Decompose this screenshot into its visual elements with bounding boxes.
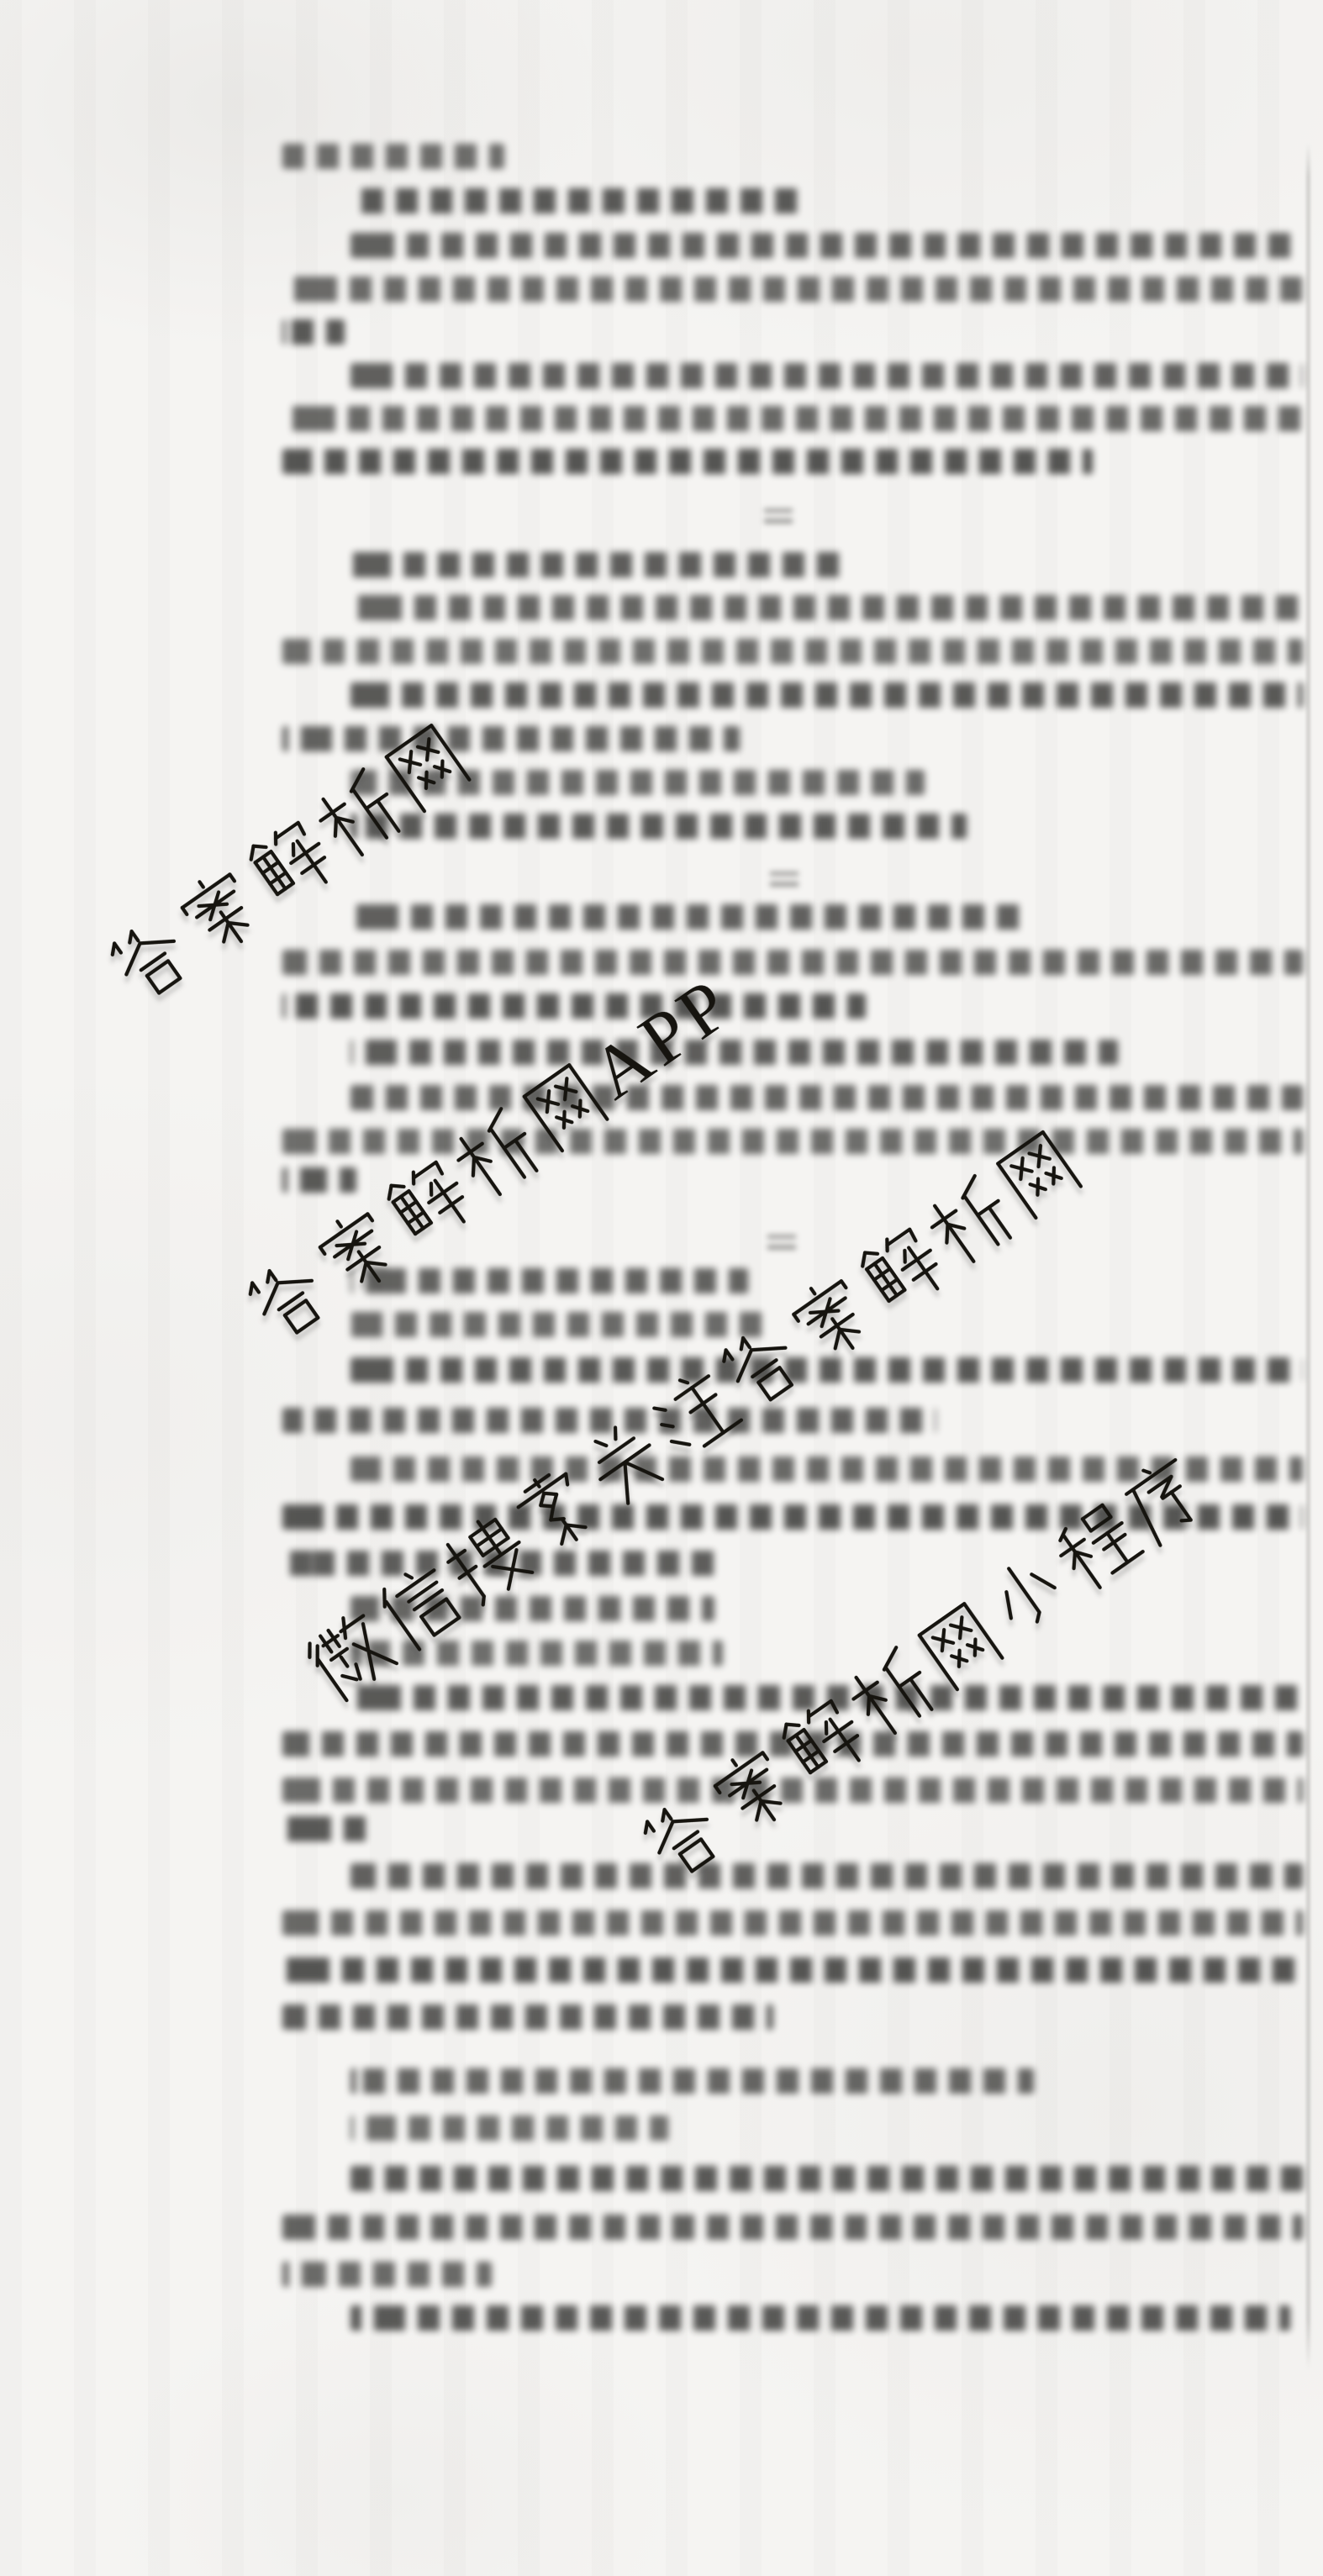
blurred-text-line — [282, 2215, 1303, 2240]
blurred-text-line — [351, 1268, 748, 1293]
blurred-text-line — [351, 595, 1303, 620]
blurred-text-line — [282, 726, 740, 751]
blurred-text-line — [351, 188, 799, 213]
blurred-text-line — [282, 1167, 356, 1193]
blurred-text-line — [282, 1731, 1303, 1757]
watermark-hanzi-glyph — [372, 1147, 484, 1260]
section-number-mark — [770, 867, 799, 892]
watermark-hanzi-glyph — [96, 904, 208, 1017]
blurred-text-line — [351, 904, 1025, 930]
blurred-text-line — [282, 319, 345, 345]
blurred-text-line — [282, 1504, 1303, 1530]
watermark-hanzi-glyph — [165, 856, 277, 969]
blurred-text-line — [282, 1957, 1303, 1983]
watermark-hanzi-glyph — [845, 1214, 957, 1327]
blurred-text-line — [282, 406, 1303, 431]
blurred-text-line — [282, 1778, 1303, 1803]
blurred-text-line — [351, 2068, 1034, 2094]
scanned-document-page: APP — [0, 0, 1323, 2576]
blurred-text-line — [351, 1357, 1303, 1383]
blurred-text-line — [282, 993, 866, 1019]
blurred-text-line — [351, 770, 925, 795]
blurred-text-line — [351, 1312, 773, 1337]
blurred-text-line — [282, 1551, 719, 1576]
watermark-hanzi-glyph — [973, 1541, 1086, 1654]
blurred-text-line — [282, 639, 1303, 664]
blurred-text-line — [351, 1596, 714, 1621]
blurred-text-line — [351, 1040, 1118, 1065]
blurred-text-line — [351, 2305, 1290, 2331]
blurred-text-line — [351, 2166, 1303, 2191]
blurred-text-line — [282, 950, 1303, 975]
blurred-text-line — [351, 233, 1303, 258]
blurred-text-line — [351, 552, 849, 577]
watermark-hanzi-glyph — [440, 1099, 553, 1212]
blurred-text-line — [351, 2115, 668, 2141]
blurred-text-line — [351, 682, 1303, 708]
blurred-text-line — [282, 2262, 492, 2287]
blurred-text-line — [282, 1129, 1303, 1154]
section-number-mark — [764, 503, 793, 529]
blurred-text-line — [351, 1641, 723, 1666]
watermark-answer-site-app: APP — [234, 965, 745, 1356]
blurred-text-line — [282, 144, 504, 169]
watermark-hanzi-glyph — [234, 808, 346, 920]
blurred-text-line — [351, 814, 967, 839]
blurred-text-line — [282, 1910, 1303, 1936]
blurred-text-line — [282, 1816, 373, 1841]
blurred-text-line — [351, 363, 1303, 388]
watermark-hanzi-glyph — [234, 1244, 346, 1356]
page-fold-edge-line — [1306, 143, 1310, 2370]
blurred-text-line — [351, 1685, 1303, 1710]
blurred-text-line — [282, 449, 1093, 474]
blurred-text-line — [282, 277, 1303, 302]
watermark-hanzi-glyph — [914, 1167, 1026, 1279]
section-number-mark — [767, 1230, 796, 1255]
blurred-text-line — [351, 1457, 1303, 1482]
blurred-text-line — [351, 1085, 1303, 1110]
blurred-text-line — [351, 1863, 1303, 1889]
blurred-text-line — [282, 1408, 936, 1433]
blurred-text-line — [282, 2004, 773, 2030]
